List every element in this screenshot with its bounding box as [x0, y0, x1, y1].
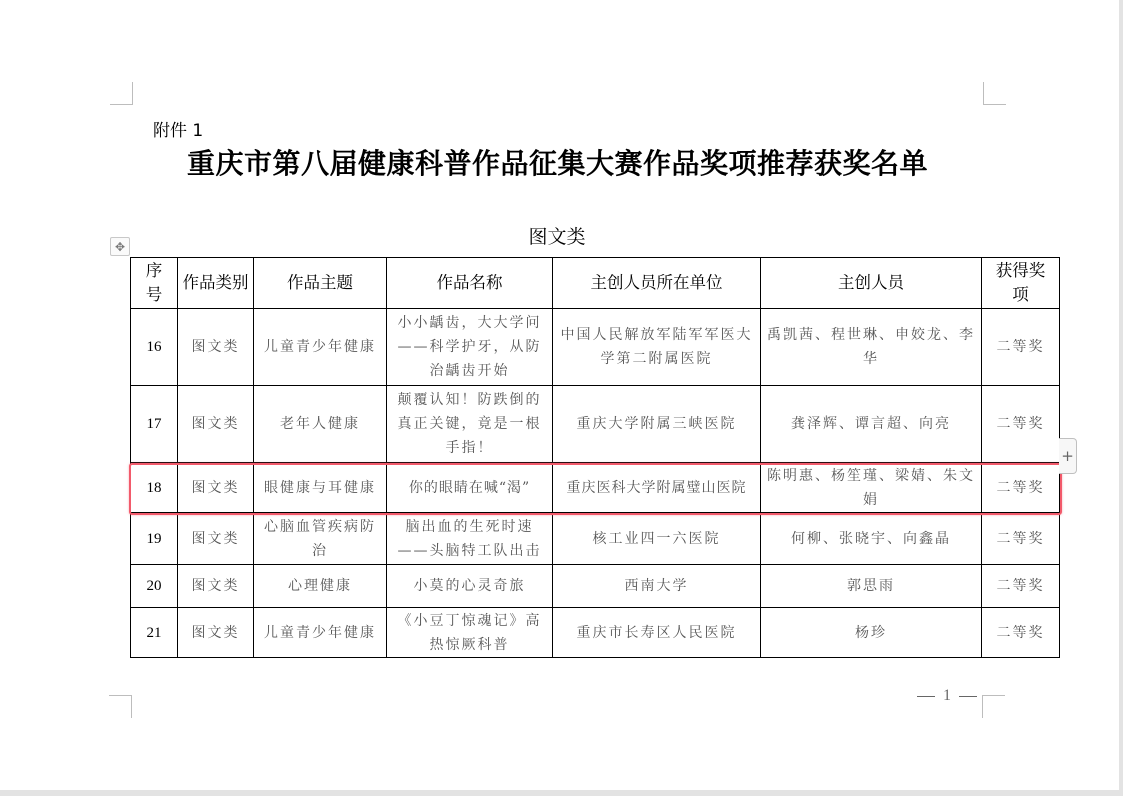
cell-category: 图文类	[178, 386, 254, 463]
cell-category: 图文类	[178, 608, 254, 658]
cell-category: 图文类	[178, 463, 254, 513]
header-unit: 主创人员所在单位	[553, 258, 761, 309]
page-number-dash-left	[917, 696, 935, 697]
cell-unit: 重庆大学附属三峡医院	[553, 386, 761, 463]
section-title: 图文类	[0, 222, 1114, 249]
document-title-text: 重庆市第八届健康科普作品征集大赛作品奖项推荐获奖名单	[187, 147, 928, 180]
cell-authors: 禹凯茜、程世琳、申姣龙、李华	[761, 309, 982, 386]
cell-unit: 重庆市长寿区人民医院	[553, 608, 761, 658]
margin-corner-bottom-left	[109, 695, 132, 718]
table-row: 16 图文类 儿童青少年健康 小小龋齿，大大学问——科学护牙，从防治龋齿开始 中…	[131, 309, 1060, 386]
cell-unit: 中国人民解放军陆军军医大学第二附属医院	[553, 309, 761, 386]
cell-award: 二等奖	[982, 565, 1060, 608]
cell-authors: 龚泽辉、谭言超、向亮	[761, 386, 982, 463]
cell-serial: 20	[131, 565, 178, 608]
cell-unit: 核工业四一六医院	[553, 513, 761, 565]
table-row: 19 图文类 心脑血管疾病防治 脑出血的生死时速——头脑特工队出击 核工业四一六…	[131, 513, 1060, 565]
document-page: 附件 1 重庆市第八届健康科普作品征集大赛作品奖项推荐获奖名单 图文类 ✥ 序号…	[0, 0, 1119, 790]
header-award: 获得奖项	[982, 258, 1060, 309]
cell-authors: 何柳、张晓宇、向鑫晶	[761, 513, 982, 565]
header-theme: 作品主题	[254, 258, 387, 309]
header-serial: 序号	[131, 258, 178, 309]
table-row: 21 图文类 儿童青少年健康 《小豆丁惊魂记》高热惊厥科普 重庆市长寿区人民医院…	[131, 608, 1060, 658]
add-row-plus-icon[interactable]: +	[1059, 438, 1077, 474]
margin-corner-bottom-right	[982, 695, 1005, 718]
cell-work-name: 你的眼睛在喊“渴”	[387, 463, 553, 513]
cell-serial: 16	[131, 309, 178, 386]
cell-work-name: 脑出血的生死时速——头脑特工队出击	[387, 513, 553, 565]
margin-corner-top-left	[110, 82, 133, 105]
margin-corner-top-right	[983, 82, 1006, 105]
cell-theme: 眼健康与耳健康	[254, 463, 387, 513]
cell-theme: 老年人健康	[254, 386, 387, 463]
header-authors: 主创人员	[761, 258, 982, 309]
page-number: 1	[917, 687, 977, 705]
attachment-label: 附件 1	[153, 116, 203, 141]
cell-award: 二等奖	[982, 309, 1060, 386]
cell-unit: 重庆医科大学附属璧山医院	[553, 463, 761, 513]
cell-authors: 郭思雨	[761, 565, 982, 608]
header-category: 作品类别	[178, 258, 254, 309]
cell-theme: 儿童青少年健康	[254, 608, 387, 658]
cell-award: 二等奖	[982, 608, 1060, 658]
cell-work-name: 《小豆丁惊魂记》高热惊厥科普	[387, 608, 553, 658]
cell-work-name: 颠覆认知！防跌倒的真正关键，竟是一根手指！	[387, 386, 553, 463]
header-work-name: 作品名称	[387, 258, 553, 309]
table-row: 20 图文类 心理健康 小莫的心灵奇旅 西南大学 郭思雨 二等奖	[131, 565, 1060, 608]
cell-serial: 17	[131, 386, 178, 463]
cell-unit: 西南大学	[553, 565, 761, 608]
cell-theme: 儿童青少年健康	[254, 309, 387, 386]
cell-serial: 18	[131, 463, 178, 513]
page-right-shadow	[1119, 0, 1123, 796]
cell-work-name: 小小龋齿，大大学问——科学护牙，从防治龋齿开始	[387, 309, 553, 386]
cell-authors: 杨珍	[761, 608, 982, 658]
cell-theme: 心理健康	[254, 565, 387, 608]
cell-award: 二等奖	[982, 463, 1060, 513]
cell-category: 图文类	[178, 309, 254, 386]
table-header-row: 序号 作品类别 作品主题 作品名称 主创人员所在单位 主创人员 获得奖项	[131, 258, 1060, 309]
cell-work-name: 小莫的心灵奇旅	[387, 565, 553, 608]
document-title: 重庆市第八届健康科普作品征集大赛作品奖项推荐获奖名单	[0, 142, 1123, 182]
page-number-value: 1	[943, 687, 951, 705]
cell-award: 二等奖	[982, 386, 1060, 463]
cell-award: 二等奖	[982, 513, 1060, 565]
table-row: 17 图文类 老年人健康 颠覆认知！防跌倒的真正关键，竟是一根手指！ 重庆大学附…	[131, 386, 1060, 463]
cell-serial: 19	[131, 513, 178, 565]
cell-category: 图文类	[178, 513, 254, 565]
cell-category: 图文类	[178, 565, 254, 608]
page-bottom-shadow	[0, 790, 1123, 796]
table-row-highlighted: 18 图文类 眼健康与耳健康 你的眼睛在喊“渴” 重庆医科大学附属璧山医院 陈明…	[131, 463, 1060, 513]
page-number-dash-right	[959, 696, 977, 697]
table-move-handle-icon[interactable]: ✥	[110, 237, 130, 256]
awards-table: 序号 作品类别 作品主题 作品名称 主创人员所在单位 主创人员 获得奖项 16 …	[130, 257, 1060, 658]
cell-serial: 21	[131, 608, 178, 658]
cell-theme: 心脑血管疾病防治	[254, 513, 387, 565]
cell-authors: 陈明惠、杨笙瑾、梁婧、朱文娟	[761, 463, 982, 513]
